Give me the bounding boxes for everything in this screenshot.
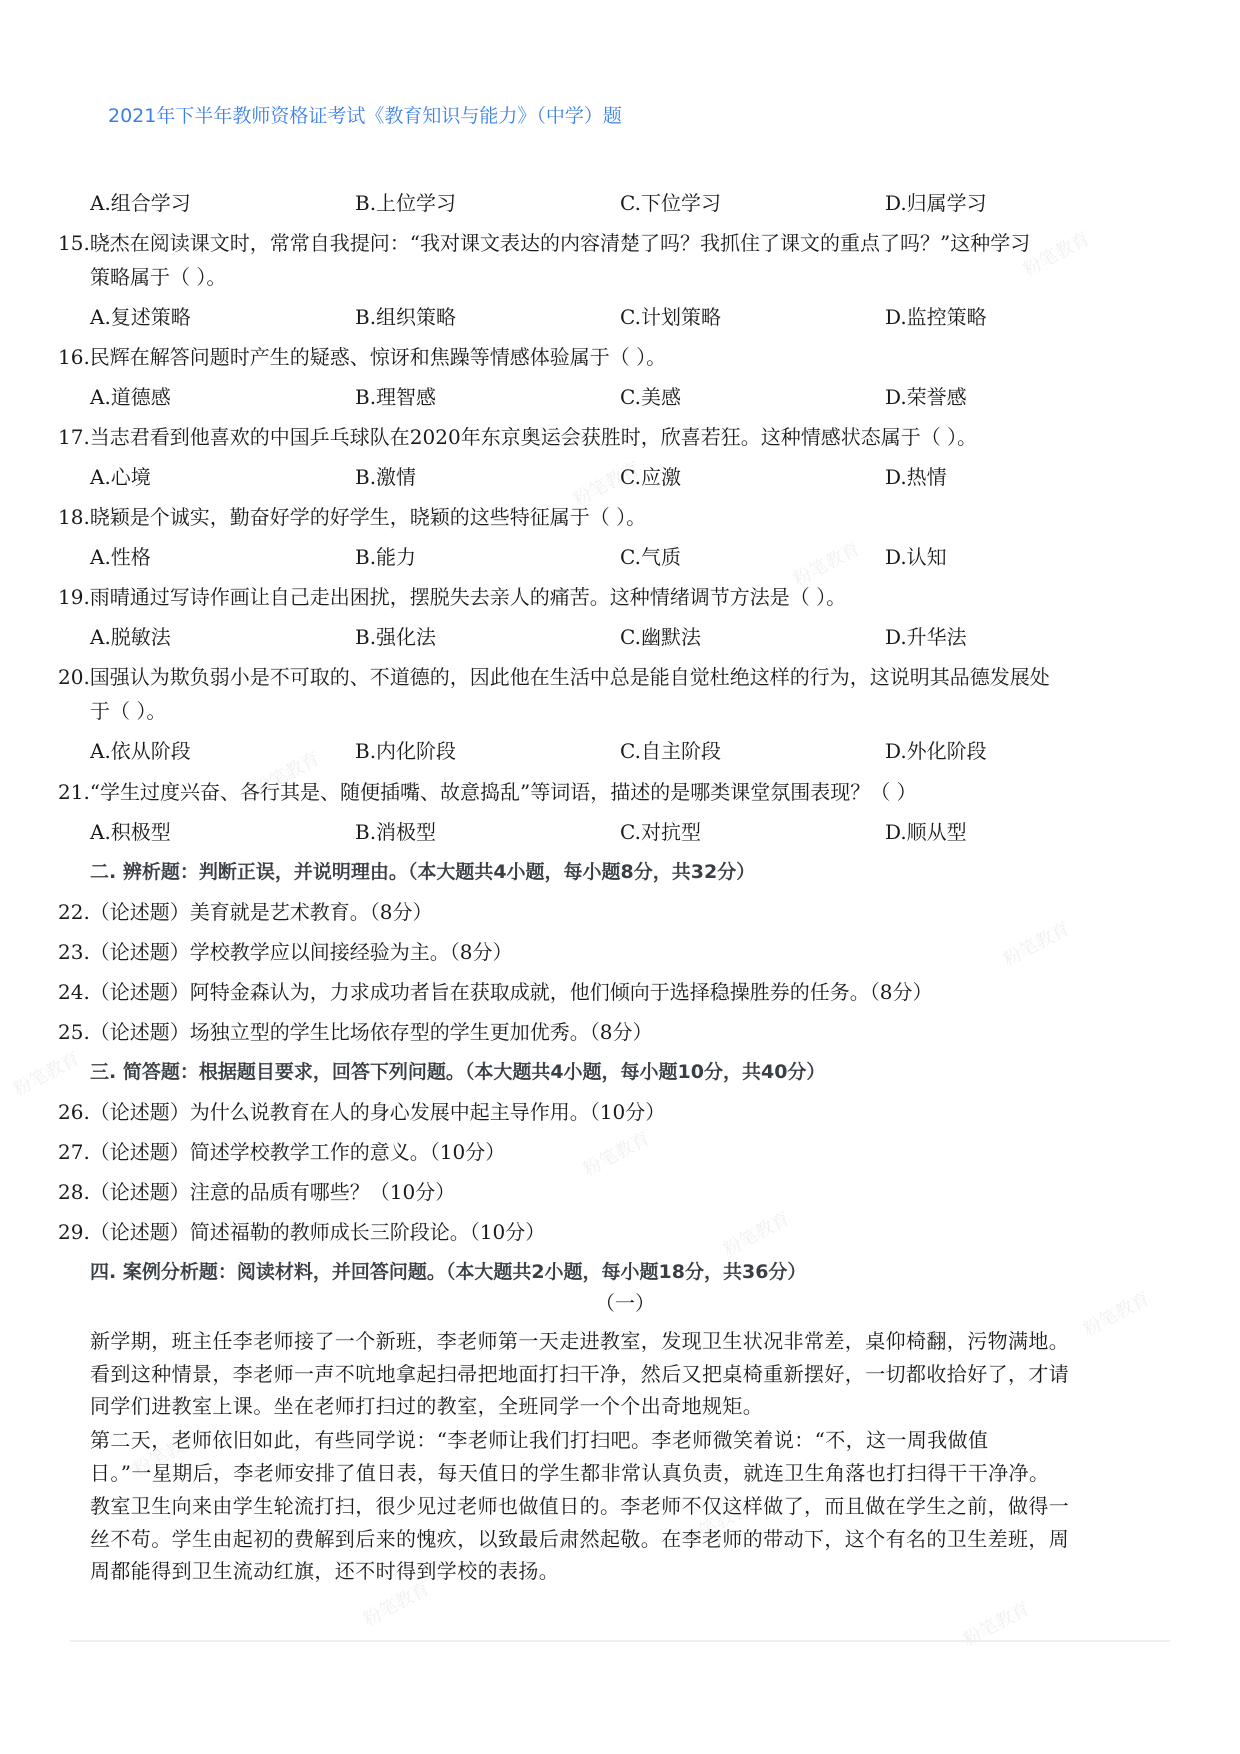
section-heading: 二. 辨析题：判断正误，并说明理由。（本大题共4小题，每小题8分，共32分） — [90, 860, 755, 884]
option-c: C.自主阶段 — [620, 739, 721, 763]
option-d: D.监控策略 — [885, 305, 987, 329]
question-stem-cont: 于（ ）。 — [90, 699, 166, 723]
question-29: 29.（论述题）简述福勒的教师成长三阶段论。（10分） — [58, 1220, 545, 1244]
watermark: 粉笔教育 — [578, 1125, 654, 1182]
option-b: B.强化法 — [355, 625, 436, 649]
question-27: 27.（论述题）简述学校教学工作的意义。（10分） — [58, 1140, 505, 1164]
paragraph-line: 新学期，班主任李老师接了一个新班，李老师第一天走进教室，发现卫生状况非常差，桌仰… — [90, 1329, 1069, 1353]
question-stem: 20.国强认为欺负弱小是不可取的、不道德的，因此他在生活中总是能自觉杜绝这样的行… — [58, 665, 1050, 689]
option-d: D.荣誉感 — [885, 385, 967, 409]
watermark: 粉笔教育 — [788, 535, 864, 592]
question-23: 23.（论述题）学校教学应以间接经验为主。（8分） — [58, 940, 513, 964]
watermark: 粉笔教育 — [8, 1045, 84, 1102]
question-28: 28.（论述题）注意的品质有哪些？（10分） — [58, 1180, 455, 1204]
question-stem: 18.晓颖是个诚实，勤奋好学的好学生，晓颖的这些特征属于（ ）。 — [58, 505, 646, 529]
paragraph-line: 看到这种情景，李老师一声不吭地拿起扫帚把地面打扫干净，然后又把桌椅重新摆好，一切… — [90, 1362, 1069, 1386]
option-d: D.外化阶段 — [885, 739, 987, 763]
option-b: B.理智感 — [355, 385, 436, 409]
option-a: A.心境 — [90, 465, 151, 489]
question-stem-cont: 策略属于（ ）。 — [90, 265, 226, 289]
option-b: B.组织策略 — [355, 305, 456, 329]
section-heading: 三. 简答题：根据题目要求，回答下列问题。（本大题共4小题，每小题10分，共40… — [90, 1060, 825, 1084]
question-stem: 16.民辉在解答问题时产生的疑惑、惊讶和焦躁等情感体验属于（ ）。 — [58, 345, 666, 369]
option-c: C.下位学习 — [620, 191, 721, 215]
watermark: 粉笔教育 — [718, 1205, 794, 1262]
option-a: A.道德感 — [90, 385, 171, 409]
watermark: 粉笔教育 — [358, 1575, 434, 1632]
option-c: C.美感 — [620, 385, 681, 409]
question-stem: 15.晓杰在阅读课文时，常常自我提问：“我对课文表达的内容清楚了吗？我抓住了课文… — [58, 231, 1030, 255]
option-d: D.归属学习 — [885, 191, 987, 215]
paragraph-line: 第二天，老师依旧如此，有些同学说：“李老师让我们打扫吧。李老师微笑着说：“不，这… — [90, 1428, 988, 1452]
case-subheading: （一） — [595, 1291, 655, 1315]
option-c: C.气质 — [620, 545, 681, 569]
option-b: B.上位学习 — [355, 191, 456, 215]
question-stem: 17.当志君看到他喜欢的中国乒乓球队在2020年东京奥运会获胜时，欣喜若狂。这种… — [58, 425, 977, 449]
option-b: B.激情 — [355, 465, 416, 489]
option-c: C.应激 — [620, 465, 681, 489]
paragraph-line: 丝不苟。学生由起初的费解到后来的愧疚，以致最后肃然起敬。在李老师的带动下，这个有… — [90, 1527, 1069, 1551]
watermark: 粉笔教育 — [1078, 1285, 1154, 1342]
option-d: D.顺从型 — [885, 820, 967, 844]
paragraph-line: 周都能得到卫生流动红旗，还不时得到学校的表扬。 — [90, 1559, 559, 1583]
section-heading: 四. 案例分析题：阅读材料，并回答问题。（本大题共2小题，每小题18分，共36分… — [90, 1260, 806, 1284]
option-c: C.计划策略 — [620, 305, 721, 329]
option-d: D.升华法 — [885, 625, 967, 649]
option-a: A.组合学习 — [90, 191, 191, 215]
paragraph-line: 教室卫生向来由学生轮流打扫，很少见过老师也做值日的。李老师不仅这样做了，而且做在… — [90, 1494, 1069, 1518]
question-25: 25.（论述题）场独立型的学生比场依存型的学生更加优秀。（8分） — [58, 1020, 653, 1044]
question-26: 26.（论述题）为什么说教育在人的身心发展中起主导作用。（10分） — [58, 1100, 665, 1124]
option-a: A.依从阶段 — [90, 739, 191, 763]
option-b: B.能力 — [355, 545, 416, 569]
paragraph-line: 同学们进教室上课。坐在老师打扫过的教室，全班同学一个个出奇地规矩。 — [90, 1394, 763, 1418]
option-d: D.认知 — [885, 545, 947, 569]
watermark: 粉笔教育 — [998, 915, 1074, 972]
question-22: 22.（论述题）美育就是艺术教育。（8分） — [58, 900, 433, 924]
option-a: A.性格 — [90, 545, 151, 569]
option-a: A.积极型 — [90, 820, 171, 844]
option-a: A.脱敏法 — [90, 625, 171, 649]
document-title: 2021年下半年教师资格证考试《教育知识与能力》（中学）题 — [108, 104, 622, 128]
paragraph-line: 日。”一星期后，李老师安排了值日表，每天值日的学生都非常认真负责，就连卫生角落也… — [90, 1461, 1049, 1485]
option-b: B.消极型 — [355, 820, 436, 844]
option-d: D.热情 — [885, 465, 947, 489]
question-24: 24.（论述题）阿特金森认为，力求成功者旨在获取成就，他们倾向于选择稳操胜券的任… — [58, 980, 933, 1004]
option-a: A.复述策略 — [90, 305, 191, 329]
question-stem: 21.“学生过度兴奋、各行其是、随便插嘴、故意捣乱”等词语，描述的是哪类课堂氛围… — [58, 780, 917, 804]
option-b: B.内化阶段 — [355, 739, 456, 763]
question-stem: 19.雨晴通过写诗作画让自己走出困扰，摆脱失去亲人的痛苦。这种情绪调节方法是（ … — [58, 585, 846, 609]
option-c: C.对抗型 — [620, 820, 701, 844]
option-c: C.幽默法 — [620, 625, 701, 649]
watermark: 粉笔教育 — [958, 1595, 1034, 1652]
page-divider — [70, 1640, 1170, 1642]
